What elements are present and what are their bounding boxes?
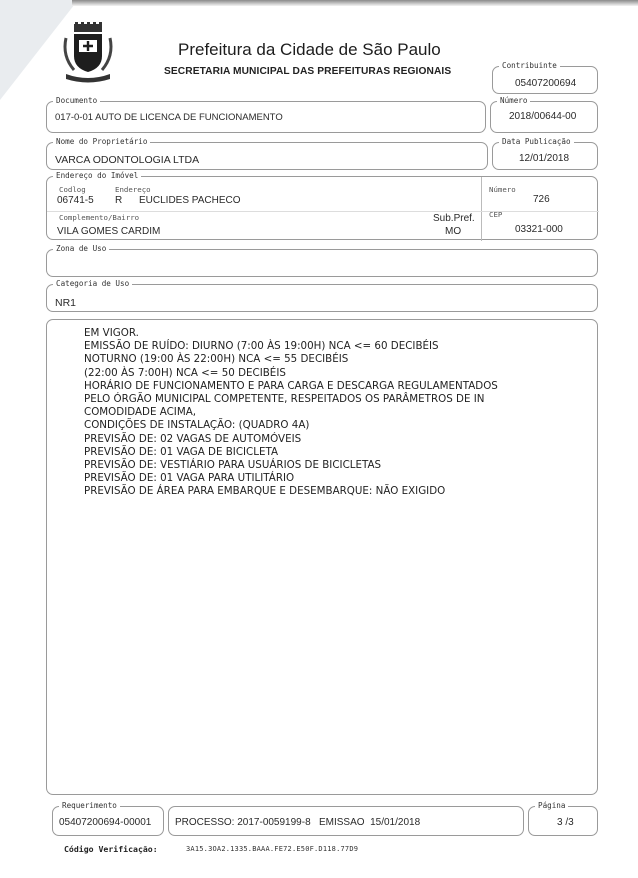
documento-value: 017-0-01 AUTO DE LICENCA DE FUNCIONAMENT… <box>55 112 283 123</box>
observacao-line: NOTURNO (19:00 ÀS 22:00H) NCA <= 55 DECI… <box>84 353 498 366</box>
codlog-value: 06741-5 <box>57 195 94 206</box>
numero-imovel-label: Número <box>489 185 516 194</box>
subpref-value: MO <box>445 226 461 237</box>
observacao-line: COMODIDADE ACIMA, <box>84 406 498 419</box>
numero-box: Número 2018/00644-00 <box>490 101 598 133</box>
pagina-label: Página <box>535 801 568 810</box>
observacao-line: EM VIGOR. <box>84 327 498 340</box>
observacao-line: PELO ÓRGÃO MUNICIPAL COMPETENTE, RESPEIT… <box>84 393 498 406</box>
data-publicacao-label: Data Publicação <box>499 137 574 146</box>
bairro-value: VILA GOMES CARDIM <box>57 226 160 237</box>
requerimento-value: 05407200694-00001 <box>59 817 151 828</box>
observacao-line: PREVISÃO DE ÁREA PARA EMBARQUE E DESEMBA… <box>84 485 498 498</box>
observacao-line: PREVISÃO DE: 01 VAGA DE BICICLETA <box>84 446 498 459</box>
logradouro-value: EUCLIDES PACHECO <box>139 195 241 206</box>
numero-value: 2018/00644-00 <box>509 111 576 122</box>
subpref-label: Sub.Pref. <box>433 213 475 224</box>
page-subtitle: SECRETARIA MUNICIPAL DAS PREFEITURAS REG… <box>164 66 451 77</box>
categoria-uso-value: NR1 <box>55 297 76 309</box>
proprietario-label: Nome do Proprietário <box>53 137 150 146</box>
categoria-uso-label: Categoria de Uso <box>53 279 132 288</box>
proprietario-value: VARCA ODONTOLOGIA LTDA <box>55 154 199 166</box>
numero-imovel-value: 726 <box>533 194 550 205</box>
zona-uso-label: Zona de Uso <box>53 244 109 253</box>
observacao-line: CONDIÇÕES DE INSTALAÇÃO: (QUADRO 4A) <box>84 419 498 432</box>
codlog-label: Codlog <box>59 185 86 194</box>
pagina-box: Página 3 /3 <box>528 806 598 836</box>
proprietario-box: Nome do Proprietário VARCA ODONTOLOGIA L… <box>46 142 488 170</box>
verification-label: Código Verificação: <box>64 844 158 854</box>
observacao-line: HORÁRIO DE FUNCIONAMENTO E PARA CARGA E … <box>84 380 498 393</box>
endereco-sub-label: Endereço <box>115 185 151 194</box>
observacao-line: PREVISÃO DE: VESTIÁRIO PARA USUÁRIOS DE … <box>84 459 498 472</box>
requerimento-box: Requerimento 05407200694-00001 <box>52 806 164 836</box>
observacao-line: EMISSÃO DE RUÍDO: DIURNO (7:00 ÀS 19:00H… <box>84 340 498 353</box>
contribuinte-box: Contribuinte 05407200694 <box>492 66 598 94</box>
cep-label: CEP <box>489 210 502 219</box>
observacao-line: PREVISÃO DE: 01 VAGA PARA UTILITÁRIO <box>84 472 498 485</box>
page-title: Prefeitura da Cidade de São Paulo <box>178 40 441 60</box>
processo-value: PROCESSO: 2017-0059199-8 EMISSAO 15/01/2… <box>175 817 420 828</box>
requerimento-label: Requerimento <box>59 801 120 810</box>
logradouro-tipo: R <box>115 195 122 206</box>
endereco-box: Endereço do Imóvel Codlog Endereço 06741… <box>46 176 598 240</box>
observacoes-text: EM VIGOR. EMISSÃO DE RUÍDO: DIURNO (7:00… <box>84 327 498 499</box>
observacao-line: PREVISÃO DE: 02 VAGAS DE AUTOMÓVEIS <box>84 433 498 446</box>
documento-box: Documento 017-0-01 AUTO DE LICENCA DE FU… <box>46 101 486 133</box>
contribuinte-label: Contribuinte <box>499 61 560 70</box>
complemento-label: Complemento/Bairro <box>59 213 139 222</box>
processo-box: PROCESSO: 2017-0059199-8 EMISSAO 15/01/2… <box>168 806 524 836</box>
categoria-uso-box: Categoria de Uso NR1 <box>46 284 598 312</box>
city-crest-icon <box>60 22 116 84</box>
verification-code: 3A15.3OA2.1335.BAAA.FE72.E50F.D118.77D9 <box>186 845 358 853</box>
data-publicacao-box: Data Publicação 12/01/2018 <box>492 142 598 170</box>
cep-value: 03321-000 <box>515 224 563 235</box>
observacao-line: (22:00 ÀS 7:00H) NCA <= 50 DECIBÉIS <box>84 367 498 380</box>
data-publicacao-value: 12/01/2018 <box>519 153 569 164</box>
scan-edge <box>72 0 638 6</box>
contribuinte-value: 05407200694 <box>515 78 576 89</box>
zona-uso-box: Zona de Uso <box>46 249 598 277</box>
numero-label: Número <box>497 96 530 105</box>
endereco-label: Endereço do Imóvel <box>53 171 141 180</box>
pagina-value: 3 /3 <box>557 817 574 828</box>
documento-label: Documento <box>53 96 100 105</box>
